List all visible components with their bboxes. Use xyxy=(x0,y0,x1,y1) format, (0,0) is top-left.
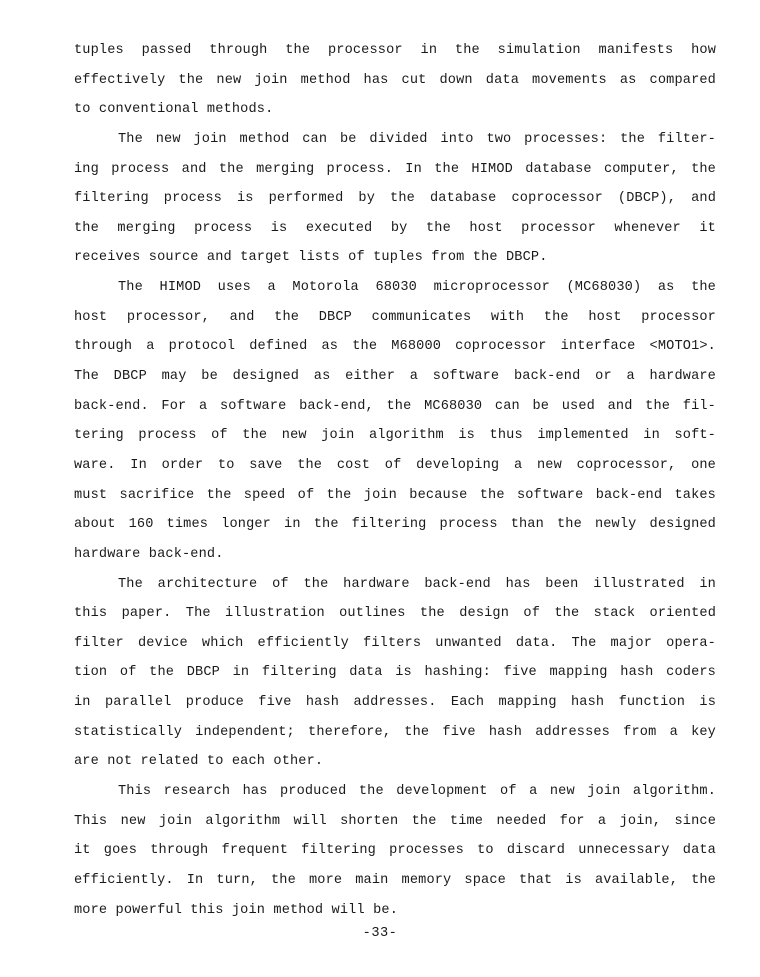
text-line: receives source and target lists of tupl… xyxy=(74,243,716,273)
text-line: host processor, and the DBCP communicate… xyxy=(74,303,716,333)
document-page: tuples passed through the processor in t… xyxy=(0,0,760,977)
page-number: -33- xyxy=(0,924,760,944)
text-line: efficiently. In turn, the more main memo… xyxy=(74,866,716,896)
paragraph: The HIMOD uses a Motorola 68030 micropro… xyxy=(74,273,716,569)
text-line: to conventional methods. xyxy=(74,95,716,125)
paragraph: This research has produced the developme… xyxy=(74,777,716,925)
text-line: must sacrifice the speed of the join bec… xyxy=(74,481,716,511)
text-line: through a protocol defined as the M68000… xyxy=(74,332,716,362)
text-line: The HIMOD uses a Motorola 68030 micropro… xyxy=(74,273,716,303)
text-line: this paper. The illustration outlines th… xyxy=(74,599,716,629)
text-line: The architecture of the hardware back-en… xyxy=(74,570,716,600)
text-line: tering process of the new join algorithm… xyxy=(74,421,716,451)
paragraph: The new join method can be divided into … xyxy=(74,125,716,273)
paragraph: tuples passed through the processor in t… xyxy=(74,36,716,125)
text-line: are not related to each other. xyxy=(74,747,716,777)
text-line: more powerful this join method will be. xyxy=(74,896,716,926)
text-line: filtering process is performed by the da… xyxy=(74,184,716,214)
body-text: tuples passed through the processor in t… xyxy=(74,36,716,925)
text-line: The new join method can be divided into … xyxy=(74,125,716,155)
text-line: tion of the DBCP in filtering data is ha… xyxy=(74,658,716,688)
text-line: ware. In order to save the cost of devel… xyxy=(74,451,716,481)
paragraph: The architecture of the hardware back-en… xyxy=(74,570,716,777)
text-line: the merging process is executed by the h… xyxy=(74,214,716,244)
text-line: in parallel produce five hash addresses.… xyxy=(74,688,716,718)
text-line: hardware back-end. xyxy=(74,540,716,570)
text-line: The DBCP may be designed as either a sof… xyxy=(74,362,716,392)
text-line: it goes through frequent filtering proce… xyxy=(74,836,716,866)
text-line: about 160 times longer in the filtering … xyxy=(74,510,716,540)
text-line: tuples passed through the processor in t… xyxy=(74,36,716,66)
text-line: statistically independent; therefore, th… xyxy=(74,718,716,748)
text-line: effectively the new join method has cut … xyxy=(74,66,716,96)
text-line: This new join algorithm will shorten the… xyxy=(74,807,716,837)
text-line: This research has produced the developme… xyxy=(74,777,716,807)
text-line: ing process and the merging process. In … xyxy=(74,155,716,185)
text-line: back-end. For a software back-end, the M… xyxy=(74,392,716,422)
text-line: filter device which efficiently filters … xyxy=(74,629,716,659)
